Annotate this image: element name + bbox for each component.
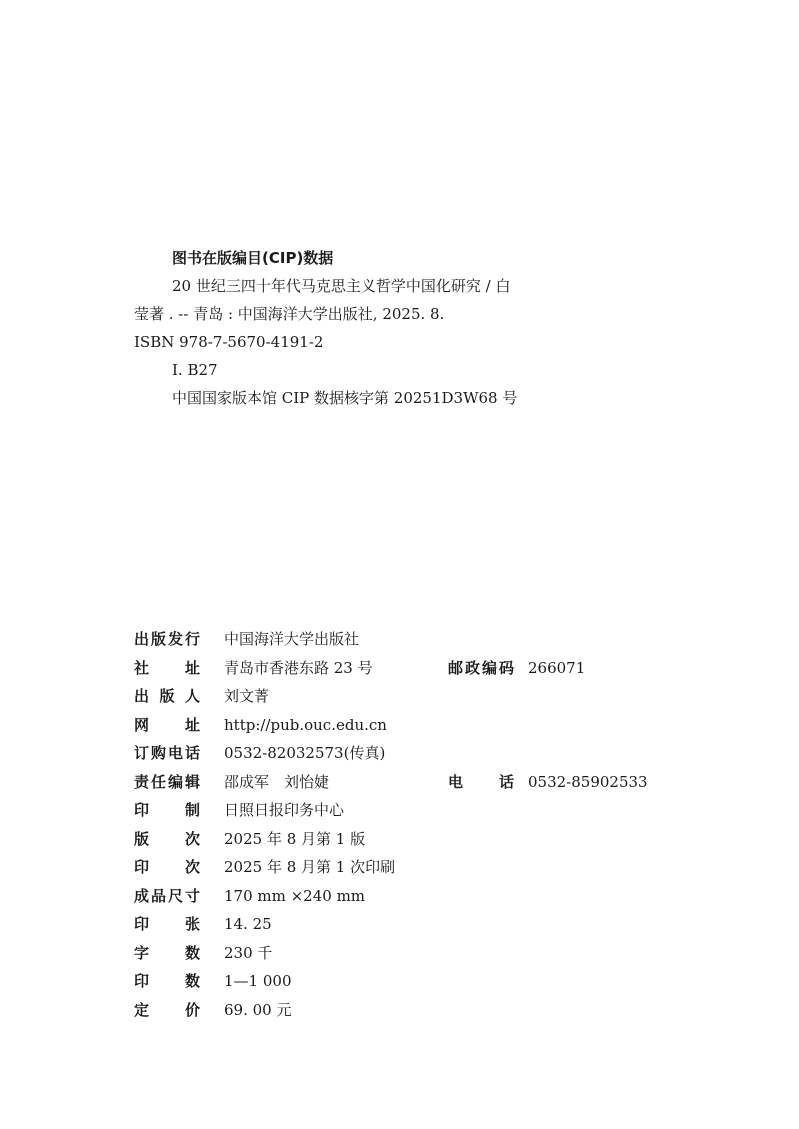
info-label: 印制 [134,796,200,825]
info-value: 0532-82032573(传真) [224,739,385,768]
cip-record-number: 中国国家版本馆 CIP 数据核字第 20251D3W68 号 [134,384,574,412]
info-label: 印次 [134,853,200,882]
info-value-secondary: 0532-85902533 [528,768,648,797]
cip-isbn: ISBN 978-7-5670-4191-2 [134,328,574,356]
info-value: 230 千 [224,939,272,968]
info-value: http://pub.ouc.edu.cn [224,711,387,740]
info-label: 出版发行 [134,625,200,654]
info-label: 订购电话 [134,739,200,768]
info-label: 定价 [134,996,200,1025]
info-value: 14. 25 [224,910,272,939]
info-value: 2025 年 8 月第 1 次印刷 [224,853,395,882]
info-value: 中国海洋大学出版社 [224,625,359,654]
info-label: 字数 [134,939,200,968]
info-label-secondary: 邮政编码 [448,654,514,683]
info-value: 日照日报印务中心 [224,796,344,825]
info-value-secondary: 266071 [528,654,585,683]
info-label: 成品尺寸 [134,882,200,911]
info-value: 青岛市香港东路 23 号 [224,654,373,683]
cip-author-publisher-line: 莹著 . -- 青岛 : 中国海洋大学出版社, 2025. 8. [134,300,574,328]
info-label-secondary: 电话 [448,768,514,797]
cip-title: 图书在版编目(CIP)数据 [134,244,574,272]
info-label: 印张 [134,910,200,939]
info-value: 刘文菁 [224,682,269,711]
info-label: 版次 [134,825,200,854]
info-value: 1—1 000 [224,967,292,996]
info-label: 责任编辑 [134,768,200,797]
info-label: 社址 [134,654,200,683]
info-label: 印数 [134,967,200,996]
cip-book-title-line: 20 世纪三四十年代马克思主义哲学中国化研究 / 白 [134,272,574,300]
info-value: 邵成军 刘怡婕 [224,768,329,797]
info-label: 出版人 [134,682,200,711]
cip-classification: Ⅰ. B27 [134,356,574,384]
info-value: 69. 00 元 [224,996,291,1025]
cip-data-block: 图书在版编目(CIP)数据 20 世纪三四十年代马克思主义哲学中国化研究 / 白… [134,244,574,412]
info-label: 网址 [134,711,200,740]
info-value: 2025 年 8 月第 1 版 [224,825,365,854]
info-value: 170 mm ×240 mm [224,882,365,911]
